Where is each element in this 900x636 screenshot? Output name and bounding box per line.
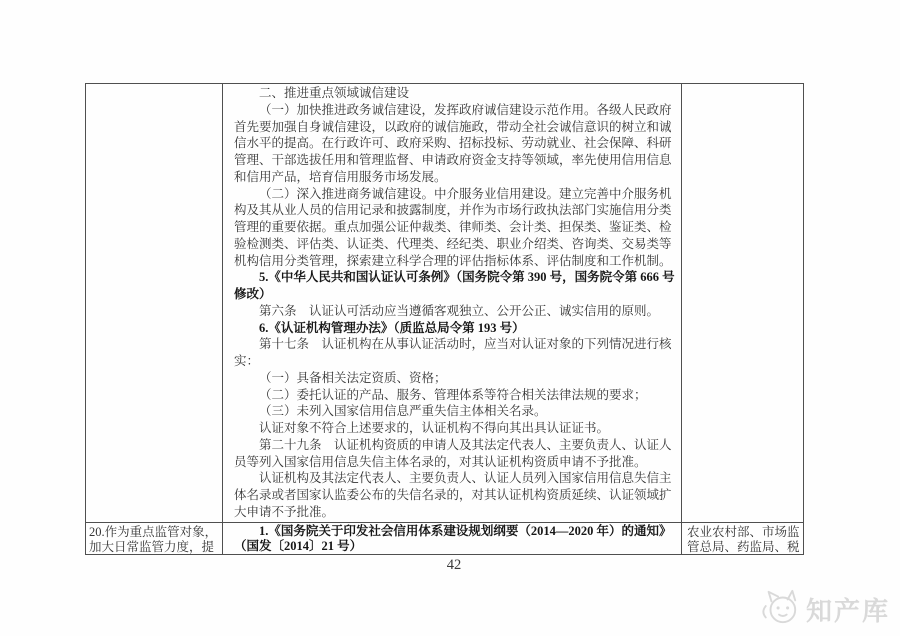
cell-item-20: 20.作为重点监管对象，加大日常监管力度，提 [86,523,223,554]
text-line: （二）委托认证的产品、服务、管理体系等符合相关法律法规的要求； [234,387,671,404]
text-line: 二、推进重点领域诚信建设 [234,85,671,102]
table-row-20: 20.作为重点监管对象，加大日常监管力度，提 1.《国务院关于印发社会信用体系建… [86,522,803,554]
text-line: 6.《认证机构管理办法》（质监总局令第 193 号） [234,320,671,337]
text-line: 管理的重要依据。重点加强公证仲裁类、律师类、会计类、担保类、鉴证类、检 [234,219,671,236]
text-line: 实： [234,353,671,370]
text-line: 机构信用分类管理，探索建立科学合理的评估指标体系、评估制度和工作机制。 [234,253,671,270]
text-line: 验检测类、评估类、认证类、代理类、经纪类、职业介绍类、咨询类、交易类等 [234,236,671,253]
cell-basis-continued: 二、推进重点领域诚信建设（一）加快推进政务诚信建设，发挥政府诚信建设示范作用。各… [223,84,682,522]
text-line: （一）具备相关法定资质、资格； [234,370,671,387]
text-line: 20.作为重点监管对象， [89,525,219,540]
text-line: 首先要加强自身诚信建设，以政府的诚信施政，带动全社会诚信意识的树立和诚 [234,119,671,136]
cell-dept-20: 农业农村部、市场监管总局、药监局、税 [682,523,803,554]
text-line: 和信用产品，培育信用服务市场发展。 [234,169,671,186]
cell-basis-20: 1.《国务院关于印发社会信用体系建设规划纲要（2014—2020 年）的通知》（… [223,523,682,554]
table-row-continued: 二、推进重点领域诚信建设（一）加快推进政务诚信建设，发挥政府诚信建设示范作用。各… [86,84,803,522]
watermark-brand-text: 知产库 [806,591,890,628]
text-line: 农业农村部、市场监 [687,525,799,540]
text-line: 员等列入国家信用信息失信主体名录的，对其认证机构资质申请不予批准。 [234,454,671,471]
text-line: 修改） [234,286,671,303]
text-line: 加大日常监管力度，提 [89,540,219,554]
text-line: 信水平的提高。在行政许可、政府采购、招标投标、劳动就业、社会保障、科研 [234,135,671,152]
text-line: 构及其从业人员的信用记录和披露制度，并作为市场行政执法部门实施信用分类 [234,202,671,219]
cell-item-continued [86,84,223,522]
text-line: 认证对象不符合上述要求的，认证机构不得向其出具认证证书。 [234,420,671,437]
text-line: 第二十九条 认证机构资质的申请人及其法定代表人、主要负责人、认证人 [234,437,671,454]
text-line: 体名录或者国家认监委公布的失信名录的，对其认证机构资质延续、认证领域扩 [234,487,671,504]
text-line: 1.《国务院关于印发社会信用体系建设规划纲要（2014—2020 年）的通知》 [234,524,671,539]
text-line: 大申请不予批准。 [234,504,671,521]
text-line: 管总局、药监局、税 [687,540,799,554]
text-line: 第六条 认证认可活动应当遵循客观独立、公开公正、诚实信用的原则。 [234,303,671,320]
text-line: 管理、干部选拔任用和管理监督、申请政府资金支持等领域，率先使用信用信息 [234,152,671,169]
text-line: （三）未列入国家信用信息严重失信主体相关名录。 [234,403,671,420]
watermark: 知产库 [759,588,890,631]
text-line: 第十七条 认证机构在从事认证活动时，应当对认证对象的下列情况进行核 [234,336,671,353]
document-page: 二、推进重点领域诚信建设（一）加快推进政务诚信建设，发挥政府诚信建设示范作用。各… [0,0,900,636]
regulation-table: 二、推进重点领域诚信建设（一）加快推进政务诚信建设，发挥政府诚信建设示范作用。各… [85,83,804,555]
zhichanku-cat-logo-icon [759,588,801,631]
text-line: （二）深入推进商务诚信建设。中介服务业信用建设。建立完善中介服务机 [234,186,671,203]
text-line: （一）加快推进政务诚信建设，发挥政府诚信建设示范作用。各级人民政府 [234,102,671,119]
text-line: 5.《中华人民共和国认证认可条例》（国务院令第 390 号，国务院令第 666 … [234,269,671,286]
page-number: 42 [0,557,900,574]
text-line: 认证机构及其法定代表人、主要负责人、认证人员列入国家信用信息失信主 [234,470,671,487]
text-line: （国发〔2014〕21 号） [234,539,671,554]
cell-dept-continued [682,84,803,522]
